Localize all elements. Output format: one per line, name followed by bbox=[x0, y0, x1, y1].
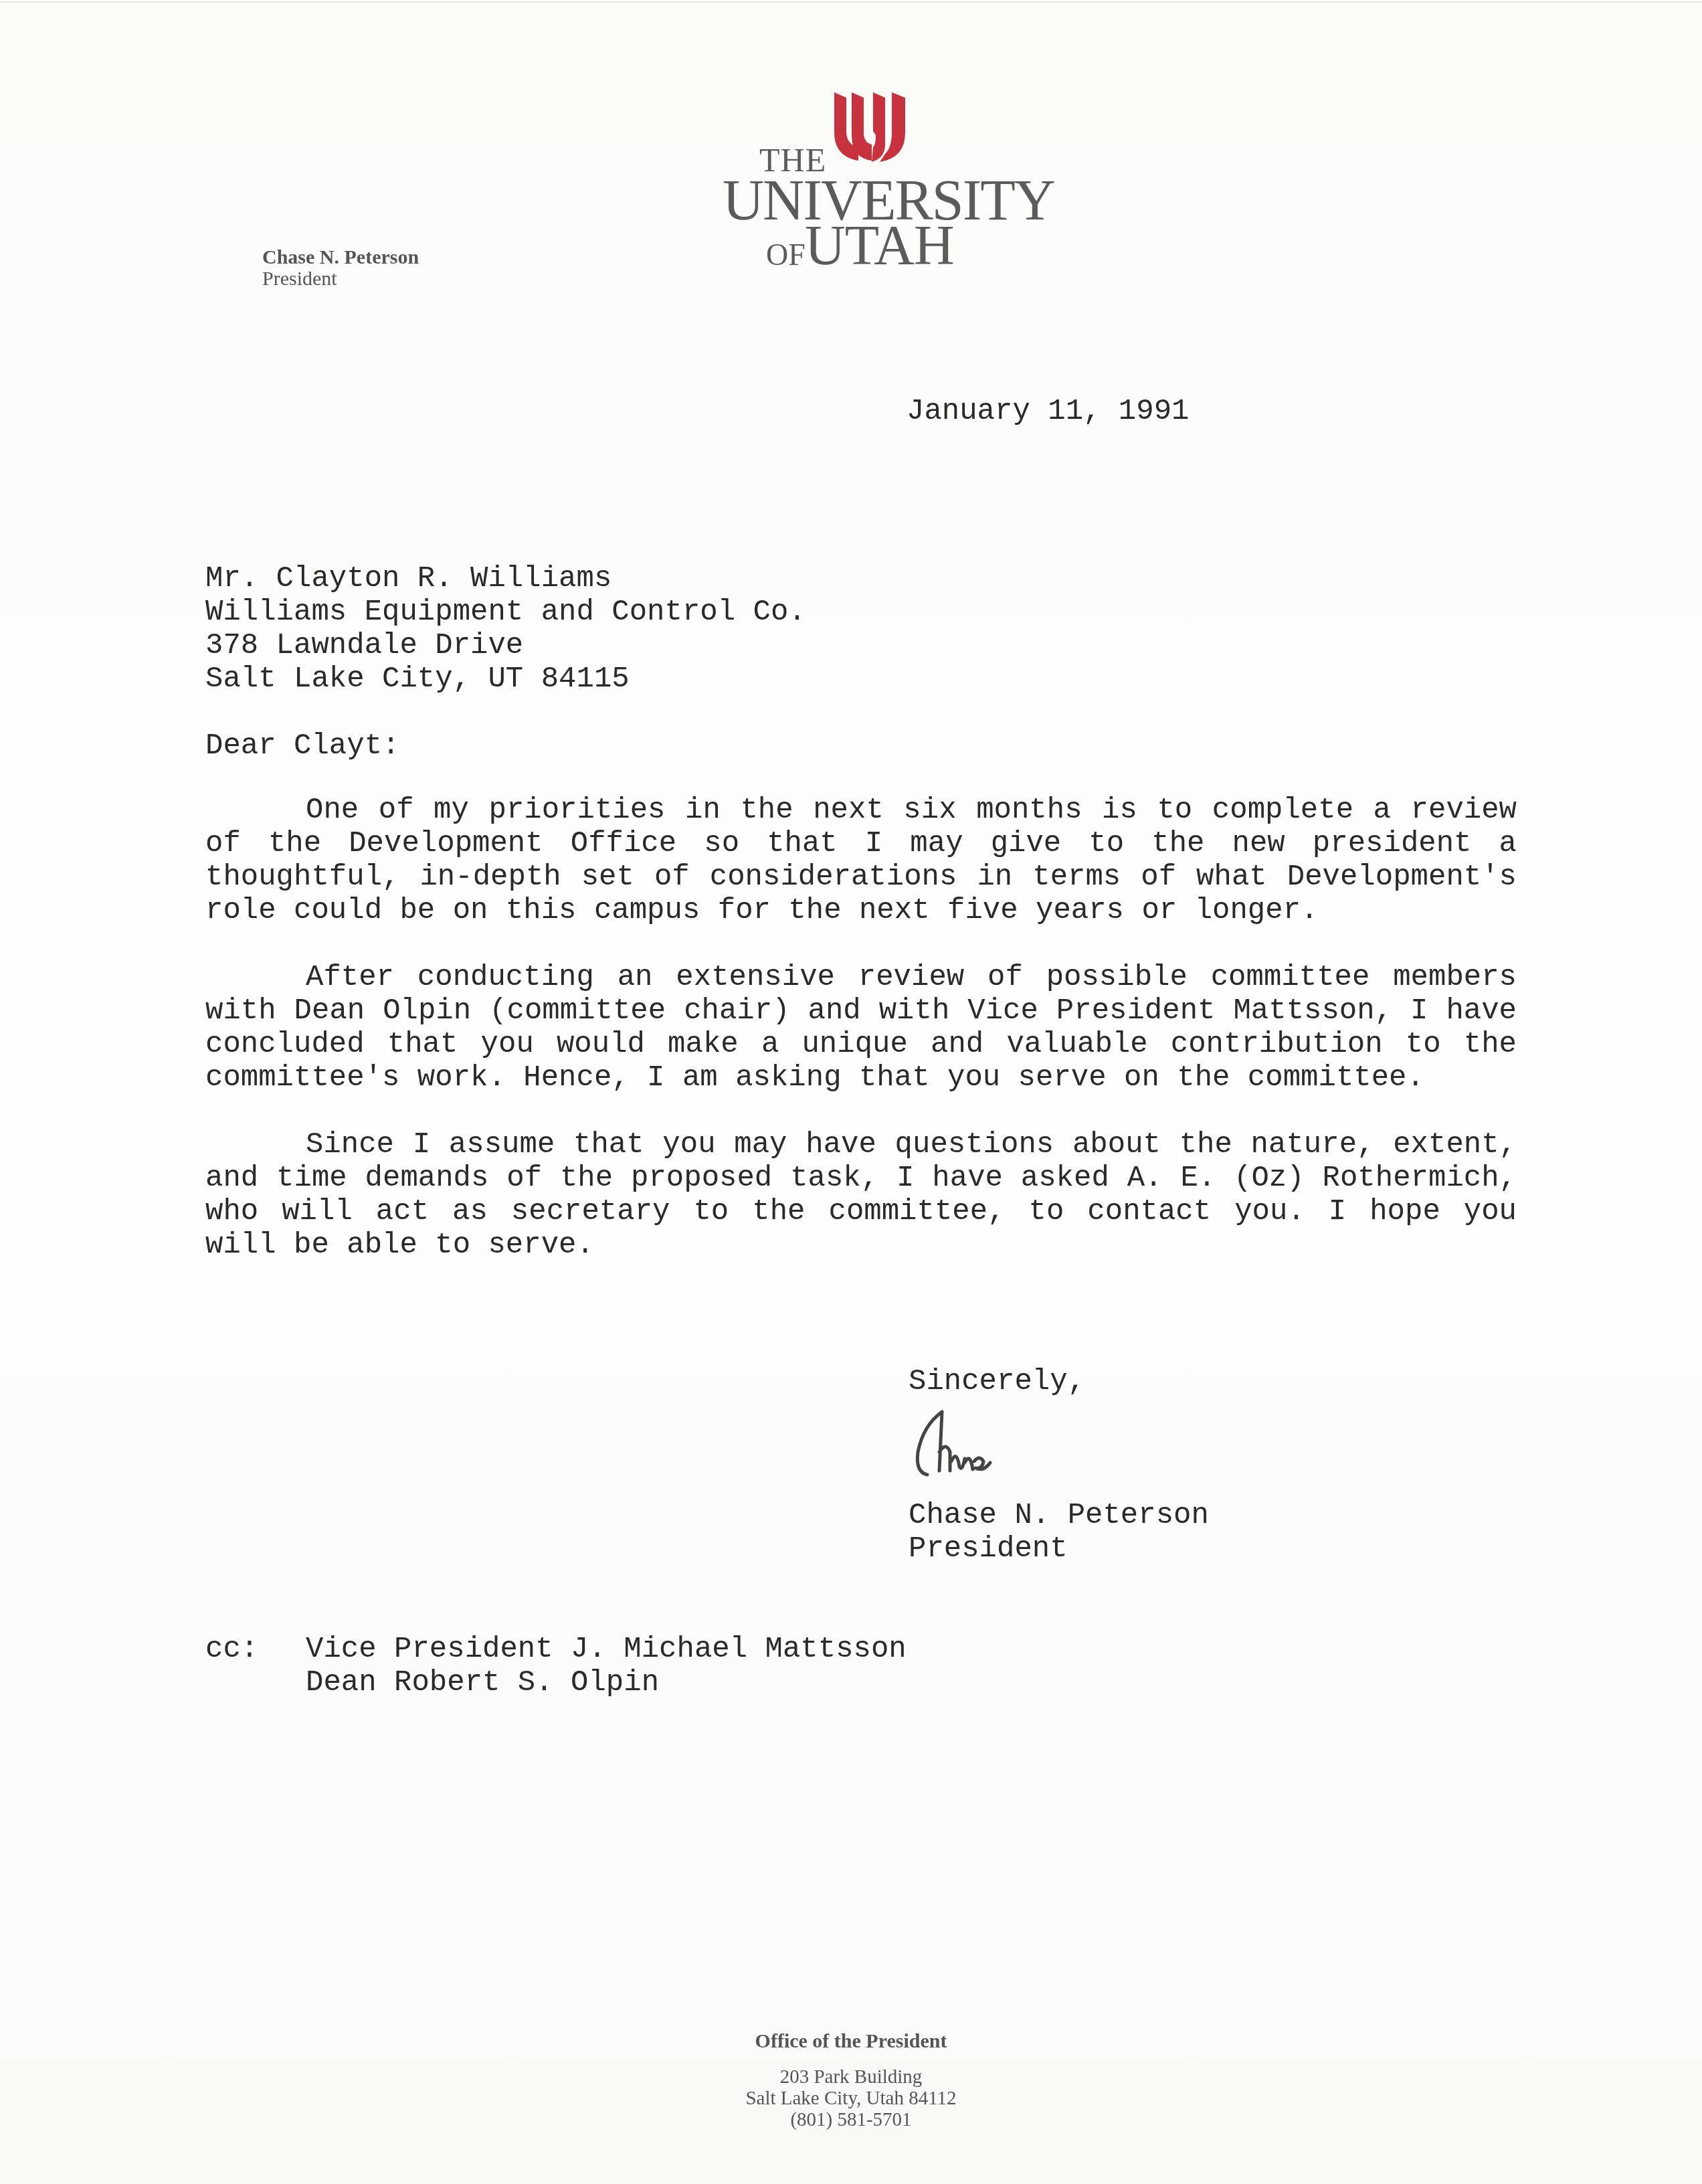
salutation: Dear Clayt: bbox=[205, 729, 399, 763]
signature-icon bbox=[910, 1405, 1044, 1492]
cc-list: cc:Vice President J. Michael Mattsson De… bbox=[205, 1633, 907, 1700]
signer-name: Chase N. Peterson bbox=[909, 1499, 1209, 1532]
recipient-line: 378 Lawndale Drive bbox=[205, 629, 806, 662]
recipient-address: Mr. Clayton R. Williams Williams Equipme… bbox=[205, 562, 806, 696]
logo-utah: UTAH bbox=[805, 218, 954, 274]
footer-address-line: Salt Lake City, Utah 84112 bbox=[0, 2088, 1702, 2109]
footer-address-line: 203 Park Building bbox=[0, 2066, 1702, 2088]
letter-body: One of my priorities in the next six mon… bbox=[205, 794, 1517, 1295]
body-paragraph: One of my priorities in the next six mon… bbox=[205, 794, 1517, 927]
logo-of: OF bbox=[766, 237, 806, 272]
university-logo: THE UNIVERSITY OF UTAH bbox=[719, 88, 973, 262]
cc-recipient: Dean Robert S. Olpin bbox=[205, 1666, 907, 1700]
signer-title: President bbox=[909, 1532, 1209, 1566]
body-paragraph: Since I assume that you may have questio… bbox=[205, 1128, 1517, 1262]
letterhead-sender: Chase N. Peterson President bbox=[262, 246, 419, 290]
letter-page: THE UNIVERSITY OF UTAH Chase N. Peterson… bbox=[0, 0, 1702, 2184]
sender-title: President bbox=[262, 268, 419, 290]
footer-phone: (801) 581-5701 bbox=[0, 2109, 1702, 2130]
recipient-line: Salt Lake City, UT 84115 bbox=[205, 662, 806, 696]
page-edge bbox=[0, 1, 1702, 3]
recipient-line: Williams Equipment and Control Co. bbox=[205, 596, 806, 629]
block-u-icon bbox=[832, 91, 912, 165]
closing: Sincerely, bbox=[909, 1365, 1085, 1398]
letterhead-footer: Office of the President 203 Park Buildin… bbox=[0, 2030, 1702, 2130]
body-paragraph: After conducting an extensive review of … bbox=[205, 961, 1517, 1095]
signature-block: Chase N. Peterson President bbox=[909, 1499, 1209, 1566]
letter-date: January 11, 1991 bbox=[907, 395, 1189, 428]
cc-recipient: Vice President J. Michael Mattsson bbox=[306, 1633, 907, 1666]
footer-office: Office of the President bbox=[0, 2030, 1702, 2053]
cc-label: cc: bbox=[205, 1633, 306, 1666]
sender-name: Chase N. Peterson bbox=[262, 246, 419, 269]
recipient-line: Mr. Clayton R. Williams bbox=[205, 562, 806, 596]
